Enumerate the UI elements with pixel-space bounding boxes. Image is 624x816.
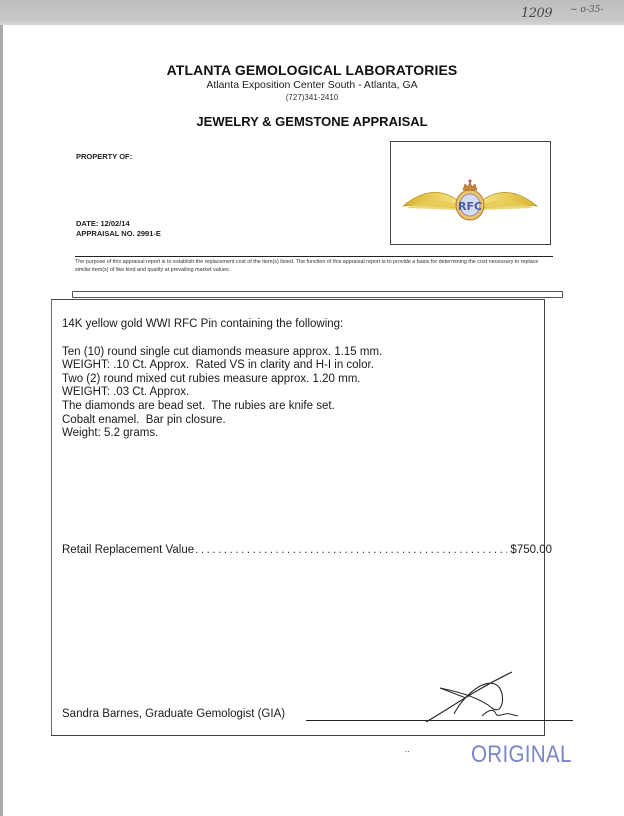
description-line: Two (2) round mixed cut rubies measure a… bbox=[62, 373, 382, 387]
description-line: Cobalt enamel. Bar pin closure. bbox=[62, 414, 382, 428]
signer-name: Sandra Barnes, Graduate Gemologist (GIA) bbox=[62, 708, 285, 720]
original-stamp: ORIGINAL bbox=[471, 741, 572, 769]
company-address: Atlanta Exposition Center South - Atlant… bbox=[0, 79, 624, 91]
company-phone: (727)341-2410 bbox=[0, 93, 624, 102]
winged-pin-image: RFC bbox=[391, 142, 550, 244]
date-field: DATE: 12/02/14 bbox=[76, 219, 130, 228]
section-divider-bar bbox=[72, 291, 563, 298]
stray-mark: .. bbox=[405, 745, 409, 754]
document-title: JEWELRY & GEMSTONE APPRAISAL bbox=[0, 114, 624, 129]
handwritten-signature-icon bbox=[420, 668, 520, 726]
dot-leader: ........................................… bbox=[195, 544, 507, 556]
scanner-edge-left bbox=[0, 25, 3, 816]
handwritten-file-number: 1209 bbox=[521, 6, 552, 21]
description-line: Weight: 5.2 grams. bbox=[62, 427, 382, 441]
item-description: 14K yellow gold WWI RFC Pin containing t… bbox=[62, 318, 382, 441]
appraisal-purpose-statement: The purpose of this appraisal report is … bbox=[75, 256, 553, 274]
item-heading: 14K yellow gold WWI RFC Pin containing t… bbox=[62, 318, 382, 332]
description-line: WEIGHT: .10 Ct. Approx. Rated VS in clar… bbox=[62, 359, 382, 373]
description-line: The diamonds are bead set. The rubies ar… bbox=[62, 400, 382, 414]
svg-text:RFC: RFC bbox=[458, 200, 482, 213]
handwritten-note: ~ o-35- bbox=[570, 5, 603, 15]
value-label: Retail Replacement Value bbox=[62, 544, 194, 556]
item-photo: RFC bbox=[390, 141, 551, 245]
description-line: Ten (10) round single cut diamonds measu… bbox=[62, 346, 382, 360]
retail-replacement-value: Retail Replacement Value ...............… bbox=[62, 544, 552, 556]
property-of-label: PROPERTY OF: bbox=[76, 152, 132, 161]
description-line: WEIGHT: .03 Ct. Approx. bbox=[62, 386, 382, 400]
value-amount: $750.00 bbox=[510, 544, 552, 556]
appraisal-number-field: APPRAISAL NO. 2991-E bbox=[76, 229, 161, 238]
company-name: ATLANTA GEMOLOGICAL LABORATORIES bbox=[0, 62, 624, 78]
letterhead: ATLANTA GEMOLOGICAL LABORATORIES Atlanta… bbox=[0, 62, 624, 129]
